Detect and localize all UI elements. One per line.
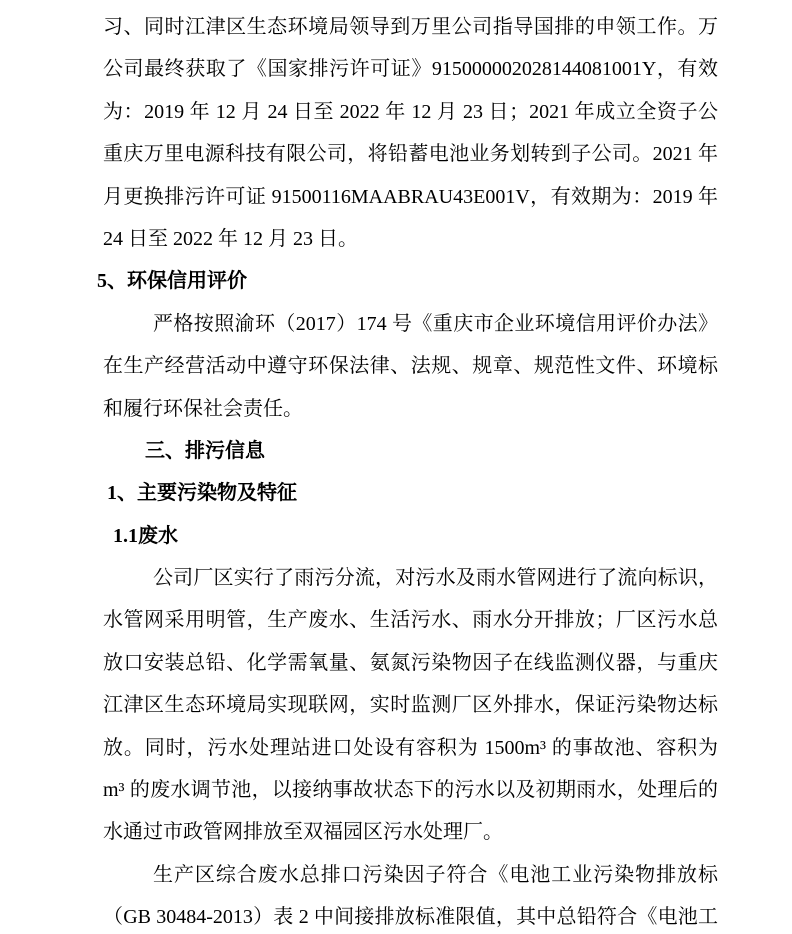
text-line: 生产区综合废水总排口污染因子符合《电池工业污染物排放标准》 [103, 854, 718, 896]
heading-main-pollutants: 1、主要污染物及特征 [107, 472, 718, 514]
text-line: 重庆万里电源科技有限公司，将铅蓄电池业务划转到子公司。2021 年 10 [103, 133, 718, 175]
text-line: 公司最终获取了《国家排污许可证》915000002028144081001Y，有… [103, 48, 718, 90]
text-line: 严格按照渝环（2017）174 号《重庆市企业环境信用评价办法》文件， [103, 303, 718, 345]
document-body: 习、同时江津区生态环境局领导到万里公司指导国排的申领工作。万里公司最终获取了《国… [103, 6, 718, 934]
text-line: 为：2019 年 12 月 24 日至 2022 年 12 月 23 日；202… [103, 91, 718, 133]
heading-discharge-information: 三、排污信息 [145, 430, 718, 472]
wastewater-management-paragraph: 公司厂区实行了雨污分流，对污水及雨水管网进行了流向标识，污水管网采用明管，生产废… [103, 557, 718, 854]
heading-environmental-credit-rating: 5、环保信用评价 [97, 260, 718, 302]
text-line: 月更换排污许可证 91500116MAABRAU43E001V，有效期为：201… [103, 176, 718, 218]
text-line: m³ 的废水调节池，以接纳事故状态下的污水以及初期雨水，处理后的废 [103, 769, 718, 811]
text-line: 公司厂区实行了雨污分流，对污水及雨水管网进行了流向标识，污 [103, 557, 718, 599]
text-line: 放。同时，污水处理站进口处设有容积为 1500m³ 的事故池、容积为 1171 [103, 727, 718, 769]
heading-wastewater: 1.1废水 [113, 515, 718, 557]
text-line: 在生产经营活动中遵守环保法律、法规、规章、规范性文件、环境标准 [103, 345, 718, 387]
text-line: 水管网采用明管，生产废水、生活污水、雨水分开排放；厂区污水总排 [103, 599, 718, 641]
text-line: （GB 30484-2013）表 2 中间接排放标准限值，其中总铅符合《电池工业 [103, 896, 718, 934]
text-line: 24 日至 2022 年 12 月 23 日。 [103, 218, 718, 260]
text-line: 和履行环保社会责任。 [103, 388, 718, 430]
text-line: 江津区生态环境局实现联网，实时监测厂区外排水，保证污染物达标排 [103, 684, 718, 726]
permit-history-paragraph: 习、同时江津区生态环境局领导到万里公司指导国排的申领工作。万里公司最终获取了《国… [103, 6, 718, 260]
text-line: 习、同时江津区生态环境局领导到万里公司指导国排的申领工作。万里 [103, 6, 718, 48]
document-page: 习、同时江津区生态环境局领导到万里公司指导国排的申领工作。万里公司最终获取了《国… [0, 0, 792, 934]
text-line: 水通过市政管网排放至双福园区污水处理厂。 [103, 811, 718, 853]
discharge-standards-paragraph: 生产区综合废水总排口污染因子符合《电池工业污染物排放标准》（GB 30484-2… [103, 854, 718, 934]
credit-rating-paragraph: 严格按照渝环（2017）174 号《重庆市企业环境信用评价办法》文件，在生产经营… [103, 303, 718, 430]
text-line: 放口安装总铅、化学需氧量、氨氮污染物因子在线监测仪器，与重庆市、 [103, 642, 718, 684]
